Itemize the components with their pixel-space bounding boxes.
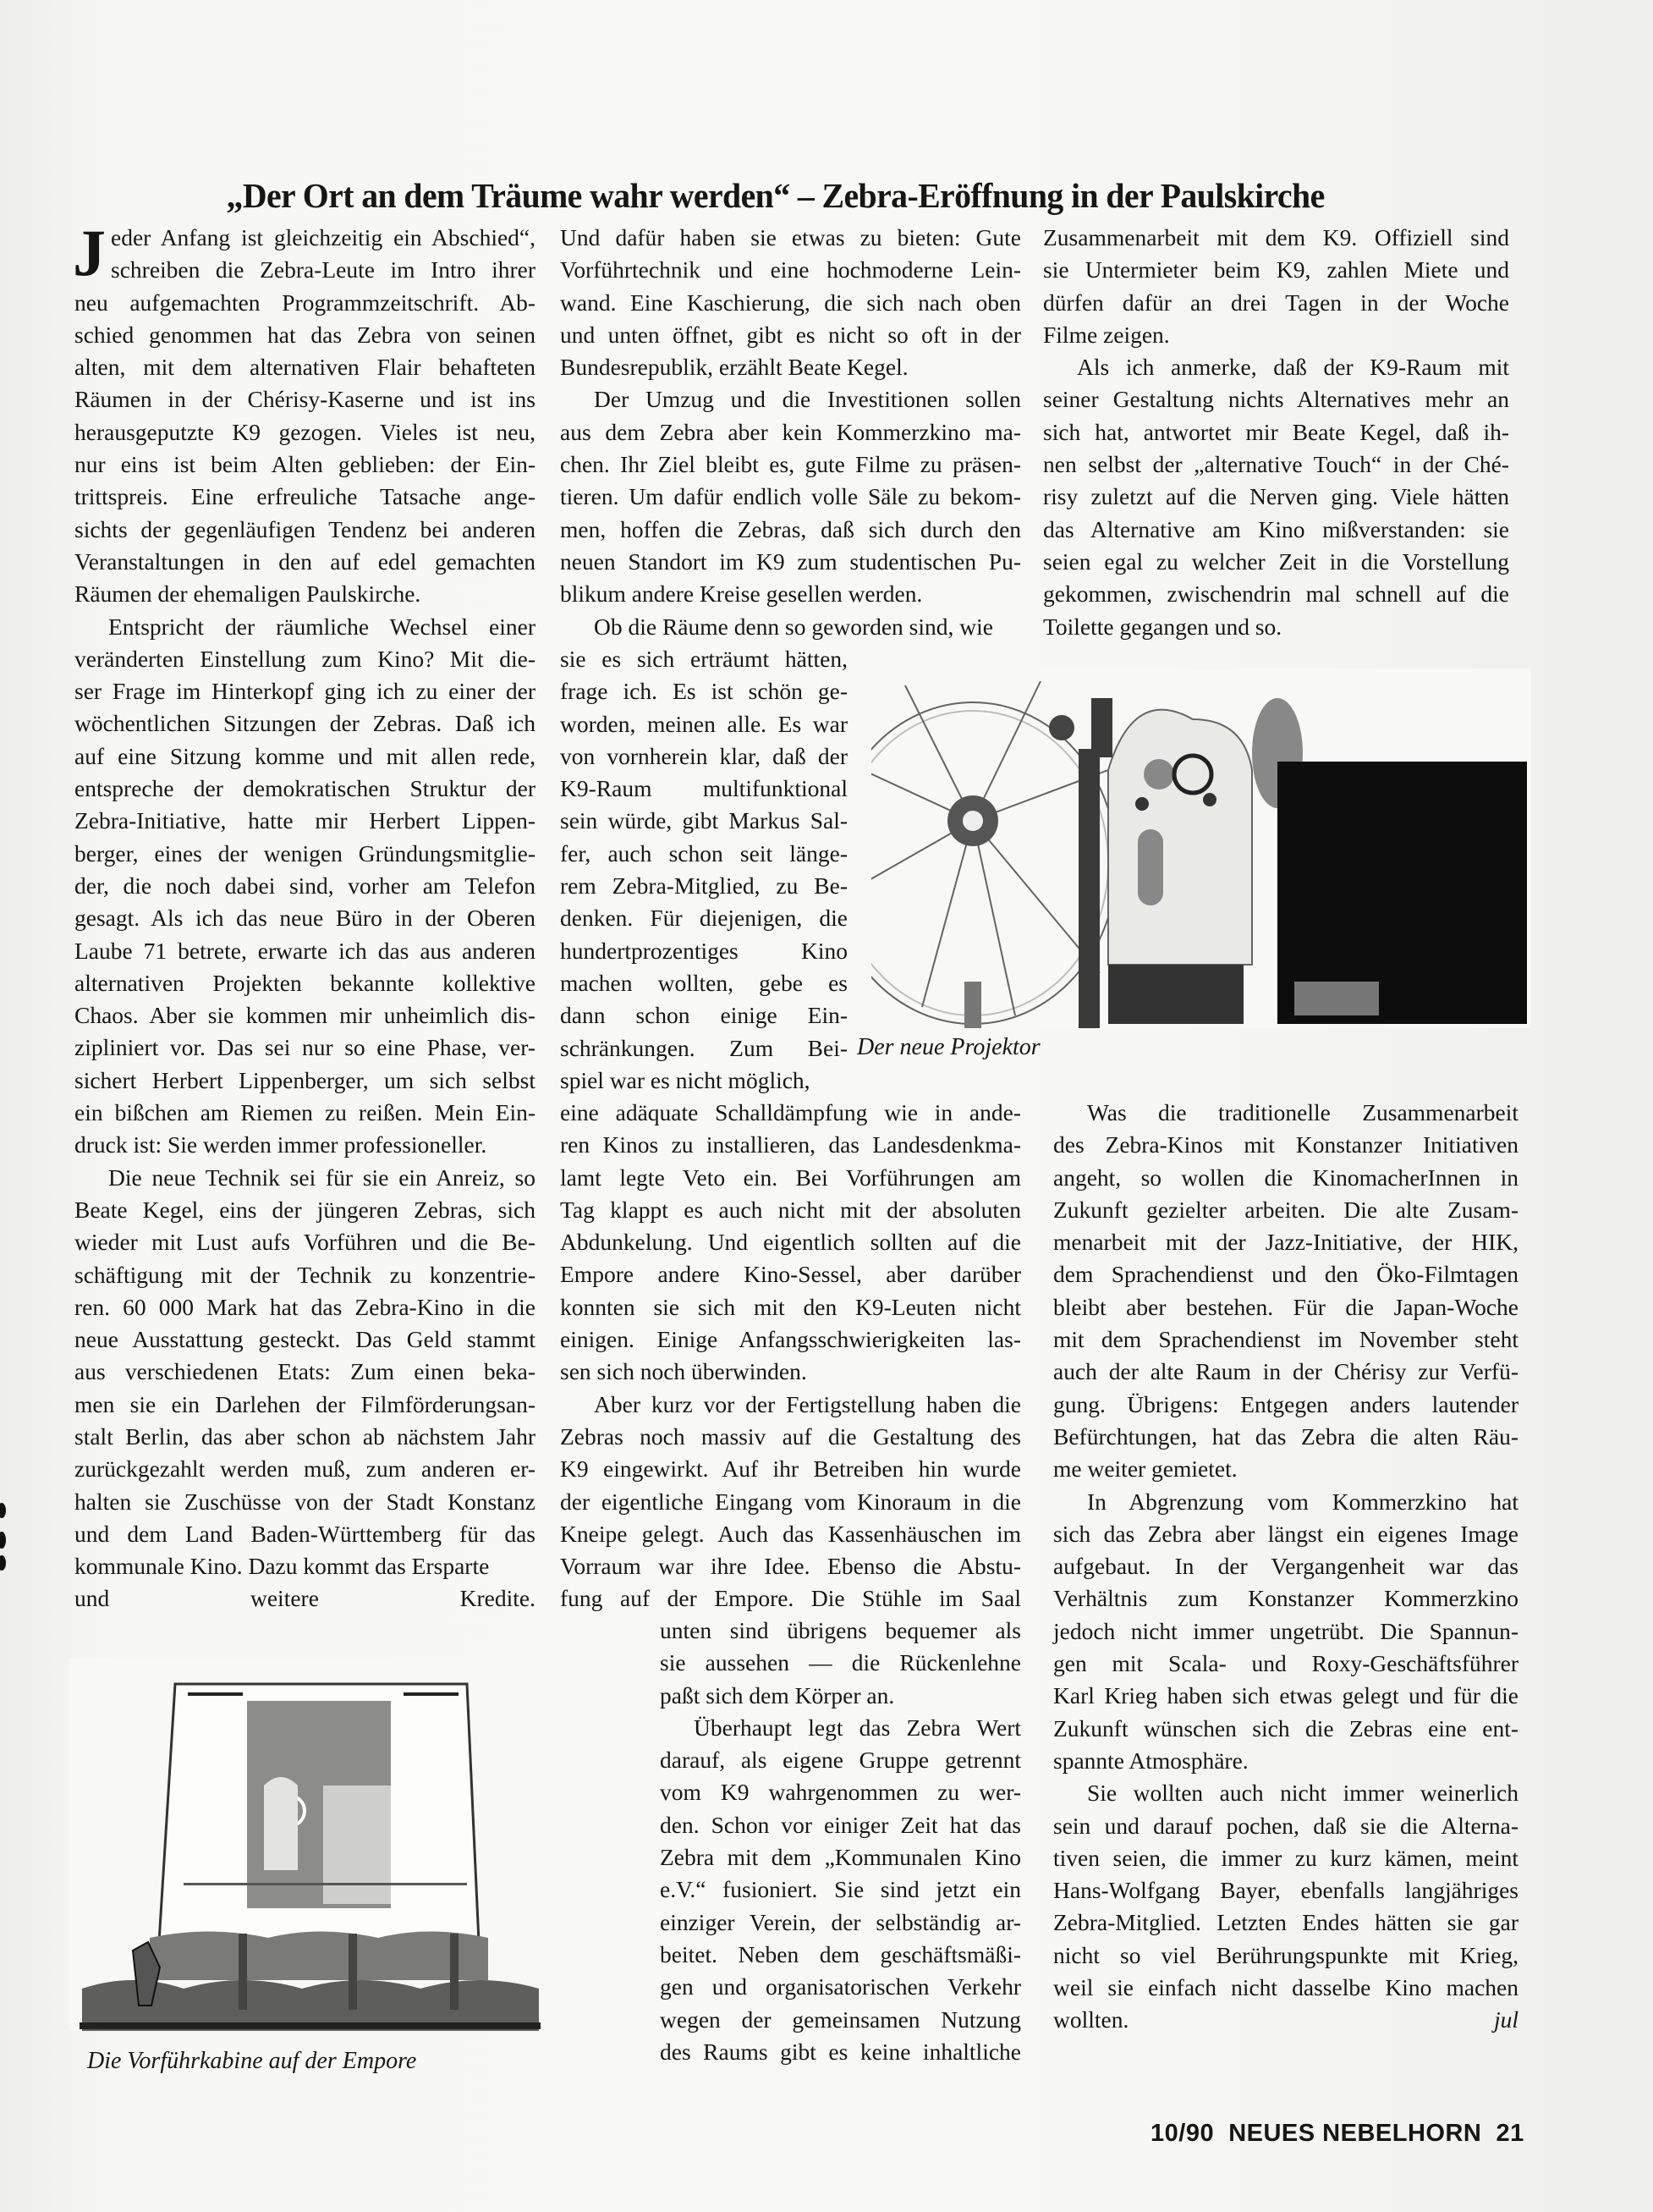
text-line: auch der alte Raum in der Chérisy zur Ve… bbox=[1053, 1356, 1518, 1388]
text-line: darauf, als eigene Gruppe getrennt bbox=[660, 1744, 1021, 1776]
text-line: nicht so viel Berührungspunkte mit Krieg… bbox=[1053, 1940, 1518, 1972]
text-line: Räumen der ehemaligen Paulskirche. bbox=[74, 578, 535, 610]
text-line: Hans-Wolfgang Bayer, ebenfalls langjähri… bbox=[1053, 1874, 1518, 1907]
text-line: seiner Gestaltung nichts Alternatives me… bbox=[1043, 383, 1509, 415]
text-line: Zukunft wünschen sich die Zebras eine en… bbox=[1053, 1713, 1518, 1745]
text-line: und unten öffnet, gibt es nicht so oft i… bbox=[560, 319, 1021, 351]
text-line: gen mit Scala- und Roxy-Geschäftsführer bbox=[1053, 1648, 1518, 1680]
drop-cap: J bbox=[73, 227, 106, 279]
text-line: sichts der gegenläufigen Tendenz bei and… bbox=[74, 514, 535, 546]
text-line: rem Zebra-Mitglied, zu Be- bbox=[560, 870, 848, 902]
text-line: wegen der gemeinsamen Nutzung bbox=[660, 2004, 1021, 2036]
issue-number: 10/90 bbox=[1151, 2120, 1214, 2147]
text-line: fung auf der Empore. Die Stühle im Saal bbox=[560, 1582, 1021, 1615]
text-line: Karl Krieg haben sich etwas gelegt und f… bbox=[1053, 1680, 1518, 1712]
text-line: nur eins ist beim Alten geblieben: der E… bbox=[74, 448, 535, 481]
text-line: jedoch nicht immer ungetrübt. Die Spannu… bbox=[1053, 1615, 1518, 1648]
text-line: sie aussehen — die Rückenlehne bbox=[660, 1647, 1021, 1679]
text-line: gekommen, zwischendrin mal schnell auf d… bbox=[1043, 578, 1509, 610]
text-line: sich hat, antwortet mir Beate Kegel, daß… bbox=[1043, 416, 1509, 448]
text-line: ren Kinos zu installieren, das Landesden… bbox=[560, 1129, 1021, 1161]
article-column-2-top: Und dafür haben sie etwas zu bieten: Gut… bbox=[560, 222, 1021, 643]
text-line: konnten sie sich mit den K9-Leuten nicht bbox=[560, 1291, 1021, 1323]
text-line: Überhaupt legt das Zebra Wert bbox=[660, 1712, 1021, 1744]
text-line: sie es sich erträumt hätten, bbox=[560, 643, 848, 675]
text-line: denken. Für diejenigen, die bbox=[560, 902, 848, 934]
text-line: menarbeit mit der Jazz-Initiative, der H… bbox=[1053, 1226, 1518, 1258]
binding-marks bbox=[0, 1502, 7, 1574]
text-line: Entspricht der räumliche Wechsel einer bbox=[74, 611, 535, 643]
text-line: chen. Ihr Ziel bleibt es, gute Filme zu … bbox=[560, 448, 1021, 481]
text-line: weil sie einfach nicht dasselbe Kino mac… bbox=[1053, 1972, 1518, 2004]
text-line: Abdunkelung. Und eigentlich sollten auf … bbox=[560, 1226, 1021, 1258]
text-line: Zebra mit dem „Kommunalen Kino bbox=[660, 1841, 1021, 1874]
text-line: Aber kurz vor der Fertigstellung haben d… bbox=[560, 1389, 1021, 1421]
text-line: neue Ausstattung gesteckt. Das Geld stam… bbox=[74, 1323, 535, 1356]
text-line: den. Schon vor einiger Zeit hat das bbox=[660, 1809, 1021, 1841]
projector-photo bbox=[871, 669, 1531, 1028]
text-line: Zebra-Initiative, hatte mir Herbert Lipp… bbox=[74, 805, 535, 837]
article-column-2-wrap: sie es sich erträumt hätten,frage ich. E… bbox=[560, 643, 848, 1097]
text-line: e.V.“ fusioniert. Sie sind jetzt ein bbox=[660, 1874, 1021, 1906]
text-line: der eigentliche Eingang vom Kinoraum in … bbox=[560, 1486, 1021, 1518]
text-line: men sie ein Darlehen der Filmförderungsa… bbox=[74, 1389, 535, 1421]
text-line: spiel war es nicht möglich, bbox=[560, 1065, 848, 1097]
article-column-2-bottom: unten sind übrigens bequemer alssie auss… bbox=[660, 1615, 1021, 2068]
text-line: worden, meinen alle. Es war bbox=[560, 708, 848, 740]
text-line: Zukunft gezielter arbeiten. Die alte Zus… bbox=[1053, 1194, 1518, 1226]
text-line: angeht, so wollen die KinomacherInnen in bbox=[1053, 1162, 1518, 1194]
text-line: schied genommen hat das Zebra von seinen bbox=[74, 319, 535, 351]
text-line: Ob die Räume denn so geworden sind, wie bbox=[560, 611, 1021, 643]
text-line: dürfen dafür an drei Tagen in der Woche bbox=[1043, 287, 1509, 319]
text-line: alternativen Projekten bekannte kollekti… bbox=[74, 967, 535, 999]
text-line: des Zebra-Kinos mit Konstanzer Initiativ… bbox=[1053, 1129, 1518, 1161]
text-line: druck ist: Sie werden immer professionel… bbox=[74, 1129, 535, 1161]
page-number: 21 bbox=[1496, 2120, 1524, 2147]
text-line: In Abgrenzung vom Kommerzkino hat bbox=[1053, 1486, 1518, 1518]
text-line: machen wollten, gebe es bbox=[560, 967, 848, 999]
text-line: sie Untermieter beim K9, zahlen Miete un… bbox=[1043, 254, 1509, 286]
text-line: bleibt aber bestehen. Für die Japan-Woch… bbox=[1053, 1291, 1518, 1323]
text-line: dem Sprachendienst und den Öko-Filmtagen bbox=[1053, 1258, 1518, 1290]
text-line: Und dafür haben sie etwas zu bieten: Gut… bbox=[560, 222, 1021, 254]
projector-caption: Der neue Projektor bbox=[857, 1034, 1041, 1061]
text-line: einigen. Einige Anfangsschwierigkeiten l… bbox=[560, 1323, 1021, 1356]
text-line: aus verschiedenen Etats: Zum einen beka- bbox=[74, 1356, 535, 1388]
text-line: wöchentlichen Sitzungen der Zebras. Daß … bbox=[74, 707, 535, 740]
text-line: ser Frage im Hinterkopf ging ich zu eine… bbox=[74, 675, 535, 707]
text-line: halten sie Zuschüsse von der Stadt Konst… bbox=[74, 1486, 535, 1518]
text-line: Toilette gegangen und so. bbox=[1043, 611, 1509, 643]
text-line: hundertprozentiges Kino bbox=[560, 935, 848, 967]
text-line: schreiben die Zebra-Leute im Intro ihrer bbox=[74, 254, 535, 286]
magazine-name: NEUES NEBELHORN bbox=[1228, 2120, 1481, 2147]
text-line: Als ich anmerke, daß der K9-Raum mit bbox=[1043, 351, 1509, 383]
text-line: herausgeputzte K9 gezogen. Vieles ist ne… bbox=[74, 416, 535, 448]
text-line: Laube 71 betrete, erwarte ich das aus an… bbox=[74, 935, 535, 967]
text-line: Veranstaltungen in den auf edel gemachte… bbox=[74, 546, 535, 578]
text-line: risy zuletzt auf die Nerven ging. Viele … bbox=[1043, 481, 1509, 513]
text-line: Die neue Technik sei für sie ein Anreiz,… bbox=[74, 1162, 535, 1194]
text-line: trittspreis. Eine erfreuliche Tatsache a… bbox=[74, 481, 535, 513]
text-line: ren. 60 000 Mark hat das Zebra-Kino in d… bbox=[74, 1291, 535, 1323]
text-line: entspreche der demokratischen Struktur d… bbox=[74, 773, 535, 805]
text-line: aufgebaut. In der Vergangenheit war das bbox=[1053, 1550, 1518, 1582]
booth-photo bbox=[69, 1659, 543, 2031]
text-line: sichert Herbert Lippenberger, um sich se… bbox=[74, 1065, 535, 1097]
text-line: stalt Berlin, das aber schon ab nächstem… bbox=[74, 1421, 535, 1453]
text-line: einziger Verein, der selbständig ar- bbox=[660, 1907, 1021, 1939]
text-line: und weitere Kredite. bbox=[74, 1582, 535, 1615]
text-line: nen selbst der „alternative Touch“ in de… bbox=[1043, 448, 1509, 481]
text-line: Empore andere Kino-Sessel, aber darüber bbox=[560, 1258, 1021, 1290]
text-line: kommunale Kino. Dazu kommt das Ersparte bbox=[74, 1550, 535, 1582]
text-line: gen und organisatorischen Verkehr bbox=[660, 1971, 1021, 2003]
text-line: neuen Standort im K9 zum studentischen P… bbox=[560, 546, 1021, 578]
text-line: lamt legte Veto ein. Bei Vorführungen am bbox=[560, 1162, 1021, 1194]
text-line: sen sich noch überwinden. bbox=[560, 1356, 1021, 1388]
text-line: Kneipe gelegt. Auch das Kassenhäuschen i… bbox=[560, 1518, 1021, 1550]
text-line: das Alternative am Kino mißverstanden: s… bbox=[1043, 514, 1509, 546]
text-line: mit dem Sprachendienst im November steht bbox=[1053, 1323, 1518, 1356]
text-line: Bundesrepublik, erzählt Beate Kegel. bbox=[560, 351, 1021, 383]
text-line: schäftigung mit der Technik zu konzentri… bbox=[74, 1259, 535, 1291]
text-line: Vorraum war ihre Idee. Ebenso die Abstu- bbox=[560, 1550, 1021, 1582]
article-column-3-bottom: Was die traditionelle Zusammenarbeitdes … bbox=[1053, 1097, 1518, 2037]
text-line: wand. Eine Kaschierung, die sich nach ob… bbox=[560, 287, 1021, 319]
article-column-3-top: Zusammenarbeit mit dem K9. Offiziell sin… bbox=[1043, 222, 1509, 643]
text-line: Zebra-Mitglied. Letzten Endes hätten sie… bbox=[1053, 1907, 1518, 1939]
text-line: paßt sich dem Körper an. bbox=[660, 1680, 1021, 1712]
page-footer: 10/90 NEUES NEBELHORN 21 bbox=[1151, 2120, 1524, 2148]
text-line: seien egal zu welcher Zeit in die Vorste… bbox=[1043, 546, 1509, 578]
text-line: Verhältnis zum Konstanzer Kommerzkino bbox=[1053, 1582, 1518, 1615]
text-line: tieren. Um dafür endlich volle Säle zu b… bbox=[560, 481, 1021, 513]
text-line: Vorführtechnik und eine hochmoderne Lein… bbox=[560, 254, 1021, 286]
text-line: des Raums gibt es keine inhaltliche bbox=[660, 2036, 1021, 2068]
text-line: wieder mit Lust aufs Vorführen und die B… bbox=[74, 1226, 535, 1258]
text-line: Tag klappt es auch nicht mit der absolut… bbox=[560, 1194, 1021, 1226]
text-line: berger, eines der wenigen Gründungsmitgl… bbox=[74, 838, 535, 870]
text-line: veränderten Einstellung zum Kino? Mit di… bbox=[74, 643, 535, 675]
text-line: men, hoffen die Zebras, daß sich durch d… bbox=[560, 514, 1021, 546]
text-line: spannte Atmosphäre. bbox=[1053, 1745, 1518, 1777]
text-line: gesagt. Als ich das neue Büro in der Obe… bbox=[74, 902, 535, 934]
text-line: zurückgezahlt werden muß, zum anderen er… bbox=[74, 1453, 535, 1485]
text-line: neu aufgemachten Programmzeitschrift. Ab… bbox=[74, 287, 535, 319]
text-line: frage ich. Es ist schön ge- bbox=[560, 675, 848, 707]
text-line: blikum andere Kreise gesellen werden. bbox=[560, 578, 1021, 610]
author-signature: jul bbox=[1494, 2004, 1518, 2036]
text-line: und dem Land Baden-Württemberg für das bbox=[74, 1518, 535, 1550]
text-line: wollten.jul bbox=[1053, 2004, 1518, 2036]
text-line: Zusammenarbeit mit dem K9. Offiziell sin… bbox=[1043, 222, 1509, 254]
text-line: gung. Übrigens: Entgegen anders lautende… bbox=[1053, 1389, 1518, 1421]
text-line: dann schon einige Ein- bbox=[560, 999, 848, 1032]
article-headline: „Der Ort an dem Träume wahr werden“ – Ze… bbox=[135, 175, 1415, 216]
text-line: sein und darauf pochen, daß sie die Alte… bbox=[1053, 1810, 1518, 1842]
text-line: Räumen in der Chérisy-Kaserne und ist in… bbox=[74, 383, 535, 415]
text-line: schränkungen. Zum Bei- bbox=[560, 1032, 848, 1065]
text-line: eine adäquate Schalldämpfung wie in ande… bbox=[560, 1097, 1021, 1129]
text-line: tiven seien, die immer zu kurz kämen, me… bbox=[1053, 1842, 1518, 1874]
text-line: alten, mit dem alternativen Flair behaft… bbox=[74, 351, 535, 383]
text-line: der, die noch dabei sind, vorher am Tele… bbox=[74, 870, 535, 902]
text-line: Zebras noch massiv auf die Gestaltung de… bbox=[560, 1421, 1021, 1453]
text-line: K9-Raum multifunktional bbox=[560, 773, 848, 805]
text-line: me weiter gemietet. bbox=[1053, 1453, 1518, 1485]
article-column-2-middle: eine adäquate Schalldämpfung wie in ande… bbox=[560, 1097, 1021, 1615]
text-line: Der Umzug und die Investitionen sollen bbox=[560, 383, 1021, 415]
text-line: Sie wollten auch nicht immer weinerlich bbox=[1053, 1777, 1518, 1809]
text-line: zipliniert vor. Das sei nur so eine Phas… bbox=[74, 1032, 535, 1064]
text-line: K9 eingewirkt. Auf ihr Betreiben hin wur… bbox=[560, 1453, 1021, 1485]
text-line: Was die traditionelle Zusammenarbeit bbox=[1053, 1097, 1518, 1129]
article-column-1: Jeder Anfang ist gleichzeitig ein Abschi… bbox=[74, 222, 535, 1615]
text-line: Befürchtungen, hat das Zebra die alten R… bbox=[1053, 1421, 1518, 1453]
text-line: auf eine Sitzung komme und mit allen red… bbox=[74, 740, 535, 773]
text-line: vom K9 wahrgenommen zu wer- bbox=[660, 1776, 1021, 1808]
text-line: sich das Zebra aber längst ein eigenes I… bbox=[1053, 1518, 1518, 1550]
text-line: unten sind übrigens bequemer als bbox=[660, 1615, 1021, 1647]
text-line: fer, auch schon seit länge- bbox=[560, 838, 848, 870]
text-line: ein bißchen am Riemen zu reißen. Mein Ei… bbox=[74, 1097, 535, 1129]
text-line: beitet. Neben dem geschäftsmäßi- bbox=[660, 1939, 1021, 1971]
text-line: Chaos. Aber sie kommen mir unheimlich di… bbox=[74, 999, 535, 1032]
text-line: von vornherein klar, daß der bbox=[560, 740, 848, 773]
text-line: aus dem Zebra aber kein Kommerzkino ma- bbox=[560, 416, 1021, 448]
text-line: eder Anfang ist gleichzeitig ein Abschie… bbox=[74, 222, 535, 254]
text-line: sein würde, gibt Markus Sal- bbox=[560, 805, 848, 837]
text-line: Beate Kegel, eins der jüngeren Zebras, s… bbox=[74, 1194, 535, 1226]
text-line: Filme zeigen. bbox=[1043, 319, 1509, 351]
booth-caption: Die Vorführkabine auf der Empore bbox=[87, 2048, 416, 2075]
